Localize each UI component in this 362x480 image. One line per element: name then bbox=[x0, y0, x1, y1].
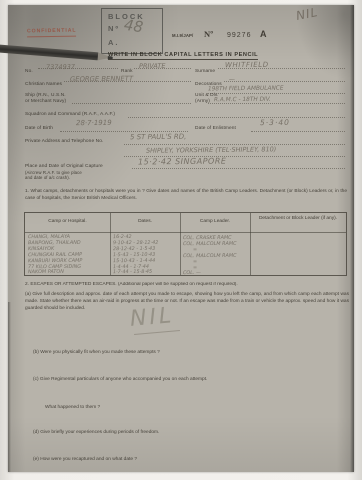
field-dob-label: Date of Birth bbox=[25, 126, 53, 132]
question-2c-text: (c) Give Regimental particulars of anyon… bbox=[33, 377, 333, 384]
field-surname-value: WHITFIELD bbox=[225, 61, 269, 69]
question-1-text: 1. What camps, detachments or hospitals … bbox=[25, 189, 347, 203]
camps-table: Camp or Hospital. Dates. Camp Leader. De… bbox=[24, 212, 347, 276]
field-surname-label: Surname bbox=[195, 69, 215, 75]
page-edge-shadow-left bbox=[8, 302, 11, 472]
field-address-label: Private Address and Telephone No. bbox=[25, 139, 103, 145]
form-serial-number: 99276 bbox=[227, 31, 251, 40]
field-address-value-2: SHIPLEY, YORKSHIRE (TEL·SHIPLEY, 810) bbox=[146, 145, 276, 154]
page-edge-shadow-right bbox=[350, 5, 354, 472]
leader-cell: COL. MALCOLM RAMC bbox=[183, 252, 237, 258]
field-capture-note-2: and date of a/c crash). bbox=[25, 175, 70, 181]
question-2d-text: (d) Give briefly your experiences during… bbox=[33, 430, 333, 437]
dates-cell: 1·7·44 - 15·8·45 bbox=[113, 269, 152, 275]
camps-table-header-leader: Camp Leader. bbox=[180, 219, 250, 225]
block-number-stamp: BLOCK Nº A. 48 bbox=[101, 8, 163, 54]
pencil-point bbox=[108, 56, 113, 59]
form-serial-prefix: M.I.9/JAP/ bbox=[172, 33, 193, 39]
field-capture-value: 15·2·42 SINGAPORE bbox=[138, 157, 226, 167]
section-2-heading: 2. ESCAPES OR ATTEMPTED ESCAPES. (Additi… bbox=[25, 282, 347, 289]
field-dob-value: 28·7·1919 bbox=[76, 119, 112, 127]
leader-cell: COL. — bbox=[183, 269, 201, 275]
question-2c-followup-text: What happened to them ? bbox=[45, 405, 325, 412]
question-2a-text: (a) Give full description and approx. da… bbox=[25, 292, 349, 313]
camps-table-header-camp: Camp or Hospital. bbox=[25, 219, 110, 225]
camp-cell: KANBURI WORK CAMP bbox=[28, 257, 82, 263]
field-christian-names-label: Christian Names bbox=[25, 82, 62, 88]
camp-cell: CHANGI, MALAYA bbox=[28, 233, 70, 239]
document-photo: CONFIDENTIAL BLOCK Nº A. 48 M.I.9/JAP/ N… bbox=[8, 5, 354, 472]
field-christian-names-value: GEORGE BENNETT bbox=[70, 75, 133, 84]
leader-cell: COL. MALCOLM RAMC bbox=[183, 240, 237, 246]
field-enlistment-value: 5·3·40 bbox=[260, 118, 290, 127]
instruction-heading: WRITE IN BLOCK CAPITAL LETTERS IN PENCIL bbox=[108, 52, 258, 60]
dates-cell: 28·12·42 - 1·5·43 bbox=[113, 245, 155, 251]
block-stamp-a: A. bbox=[108, 38, 120, 47]
camps-table-header-block-leader: Detachment or Block Leader (if any). bbox=[250, 216, 346, 222]
field-unit-value-1: 198TH FIELD AMBULANCE bbox=[208, 86, 284, 93]
field-rank-value: PRIVATE bbox=[139, 62, 166, 70]
block-number-handwritten: 48 bbox=[123, 16, 144, 36]
dates-cell: 15·10·43 - 1·4·44 bbox=[113, 257, 155, 263]
nil-annotation-top: NIL bbox=[295, 5, 319, 23]
camp-cell: CHUNGKAI RAIL CAMP bbox=[28, 251, 82, 257]
field-enlistment-label: Date of Enlistment bbox=[195, 126, 236, 132]
field-address-value-1: 5 ST PAUL'S RD, bbox=[130, 133, 186, 142]
field-no-value: 7374937 bbox=[46, 63, 75, 71]
dates-cell: 16·2·42 bbox=[113, 233, 132, 239]
question-2b-text: (b) Were you physically fit when you mad… bbox=[33, 350, 333, 357]
leader-cell: COL. CRASKE RAMC bbox=[183, 234, 232, 240]
question-2e-text: (e) How were you recaptured and on what … bbox=[33, 457, 333, 464]
field-no-label: No. bbox=[25, 69, 33, 75]
field-decorations-value: — bbox=[229, 76, 235, 83]
nil-answer-handwritten: NIL bbox=[129, 303, 175, 332]
leader-cell: = bbox=[193, 258, 197, 264]
camps-table-header-dates: Dates. bbox=[110, 219, 180, 225]
dates-cell: 9·10·42 - 28·12·42 bbox=[113, 239, 158, 245]
field-ship-label-2: or Merchant Navy) bbox=[25, 99, 66, 105]
camp-cell: NAKOM PATON bbox=[28, 269, 64, 275]
camp-cell: KINSAIYOK bbox=[28, 245, 54, 251]
form-serial-suffix: A bbox=[260, 29, 267, 39]
form-serial-no-label: Nº bbox=[204, 29, 213, 39]
camp-cell: BANPONG, THAILAND bbox=[28, 239, 81, 245]
dates-cell: 1·5·43 - 15·10·43 bbox=[113, 251, 155, 257]
block-stamp-no: Nº bbox=[108, 24, 120, 33]
confidential-stamp: CONFIDENTIAL bbox=[27, 28, 77, 37]
field-squadron-label: Squadron and Command (R.A.F., A.A.F.) bbox=[25, 112, 115, 118]
leader-cell: = bbox=[193, 246, 197, 252]
